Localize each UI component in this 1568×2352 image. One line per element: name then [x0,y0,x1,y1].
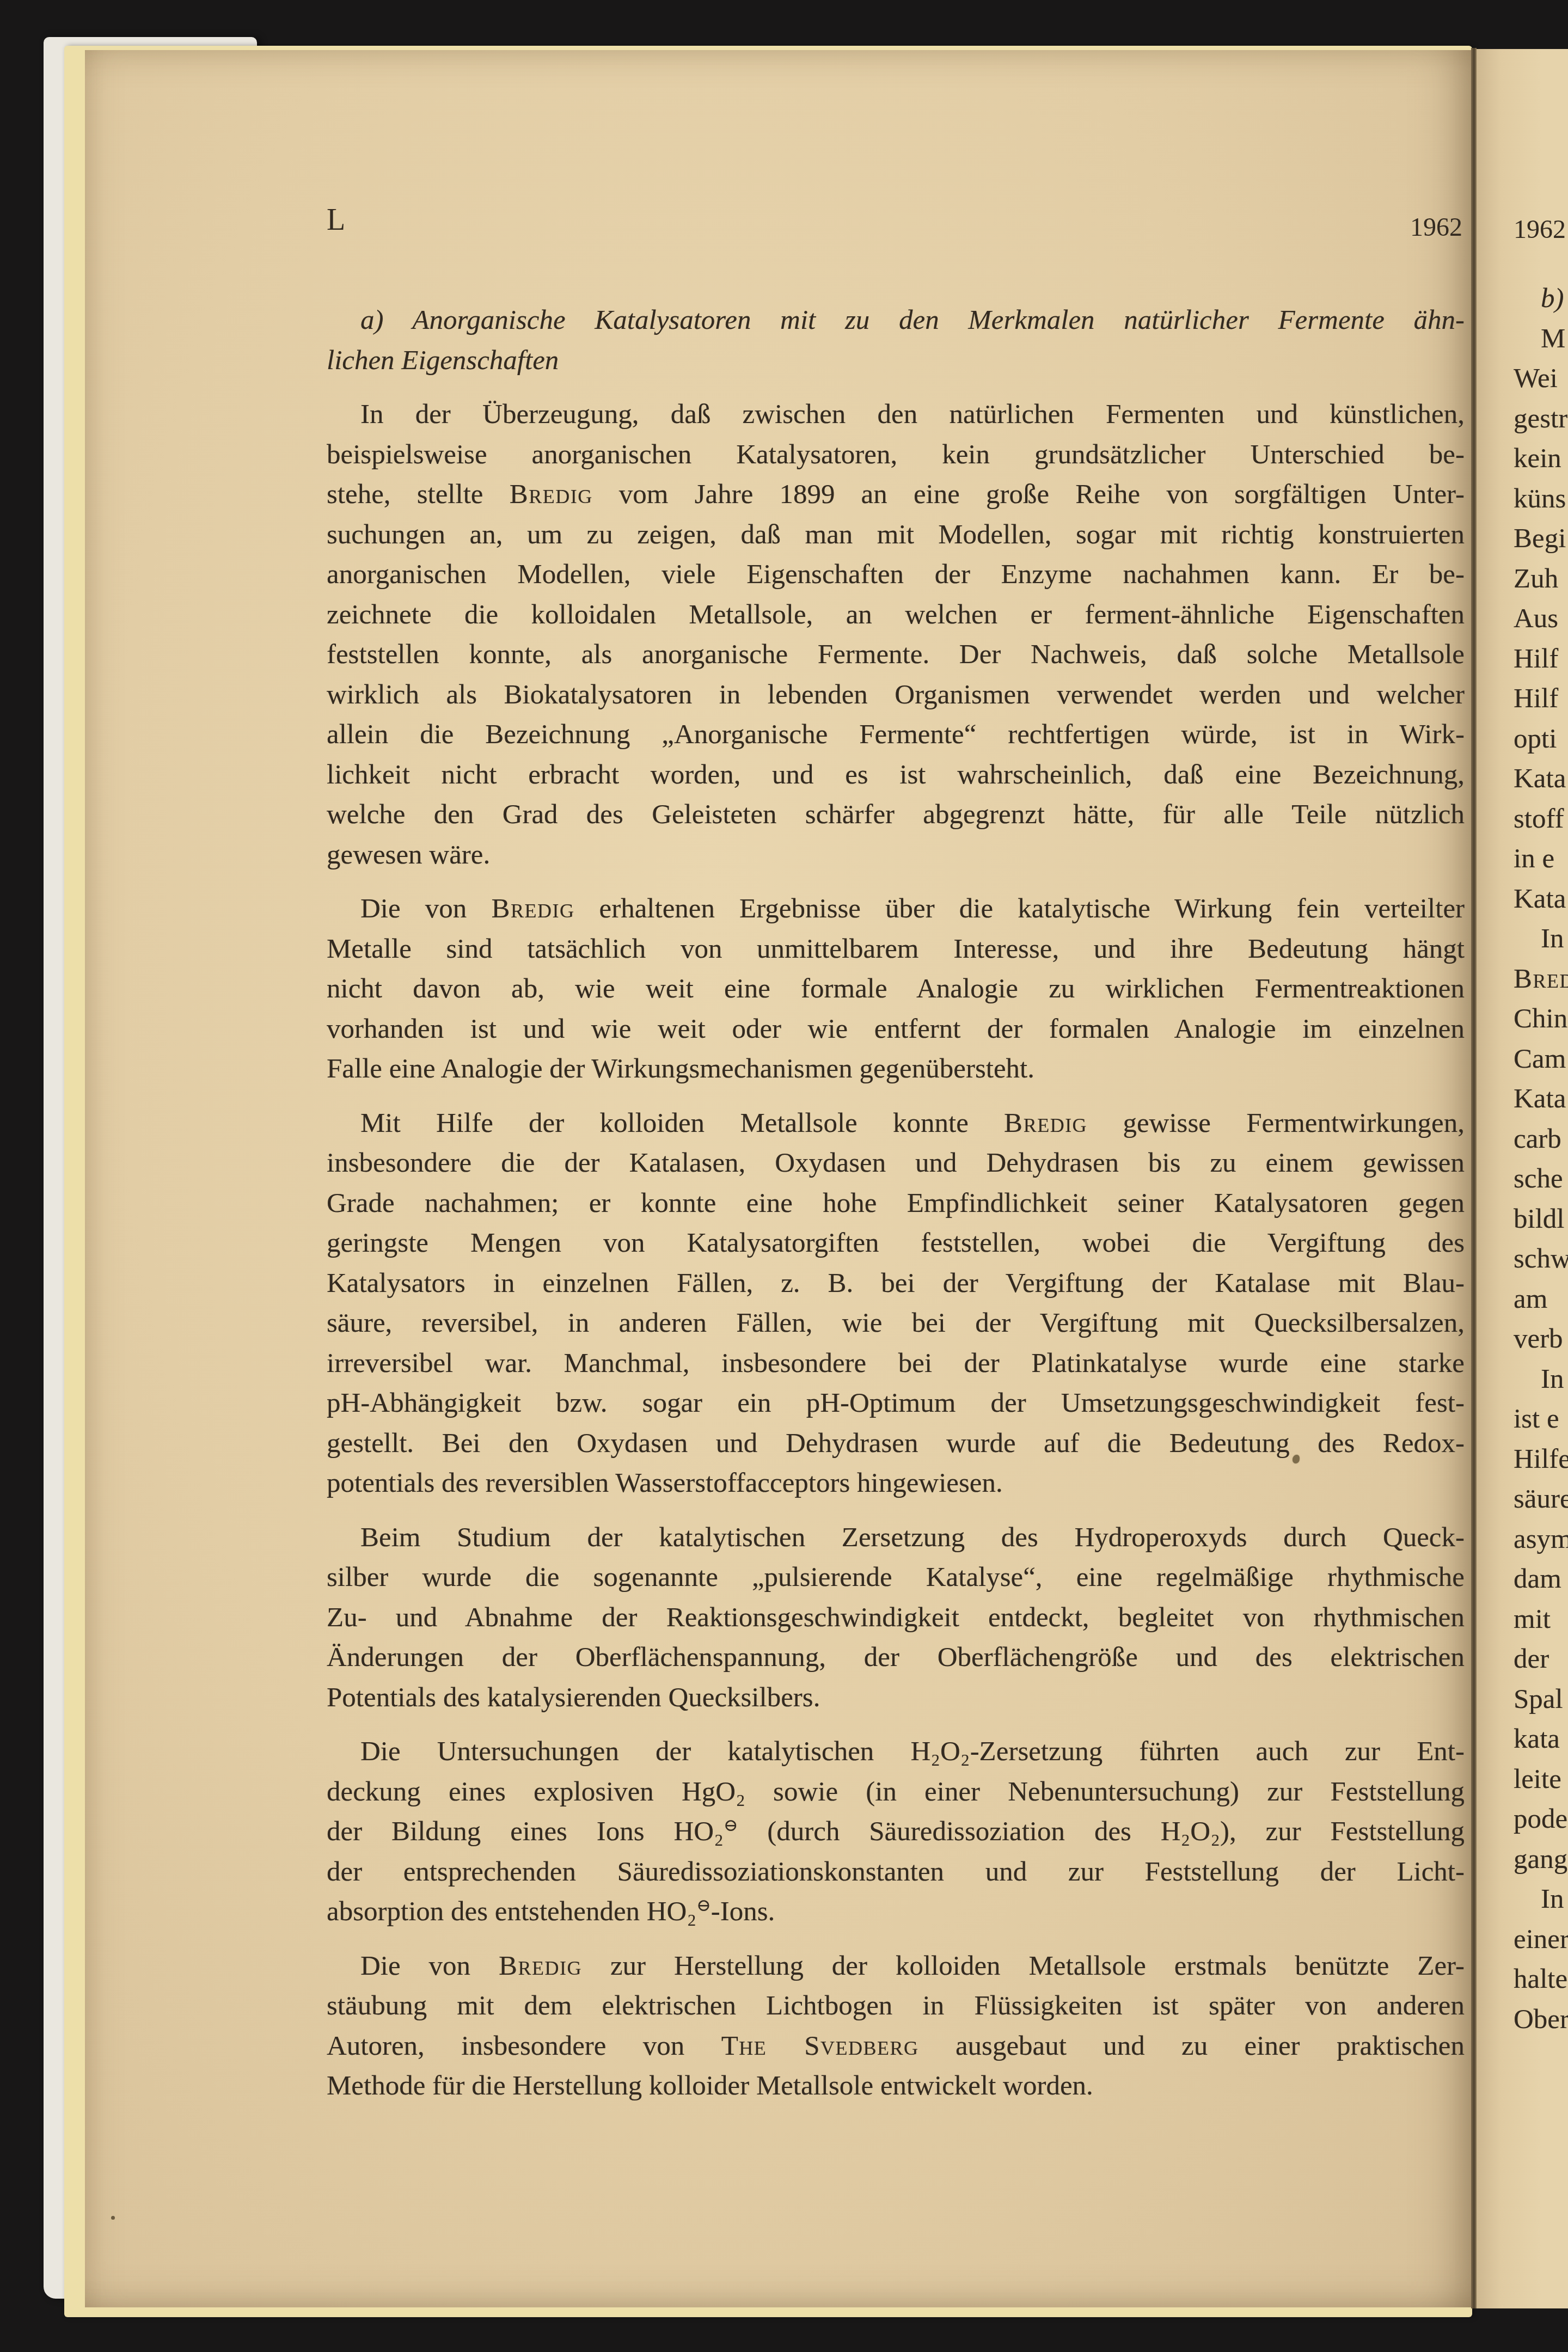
book-photo: { "colors": { "background": "#181717", "… [0,0,1568,2352]
text-line: Methode für die Herstellung kolloider Me… [327,2066,1465,2106]
right-page: 1962 b)MWeigestrkeinkünsBegiZuhAusHilfHi… [1477,49,1568,2308]
right-page-fragment: Wei [1514,359,1568,399]
right-page-text-fragments: b)MWeigestrkeinkünsBegiZuhAusHilfHilfopt… [1514,279,1568,2039]
section-heading-line: a) Anorganische Katalysatoren mit zu den… [327,301,1465,341]
text-line: Potentials des katalysierenden Quecksilb… [327,1678,1465,1718]
right-page-fragment: der [1514,1639,1568,1680]
section-heading: a) Anorganische Katalysatoren mit zu den… [327,301,1465,381]
text-line: nicht davon ab, wie weit eine formale An… [327,969,1465,1009]
right-page-fragment: Kata [1514,759,1568,799]
gutter-shadow [1471,48,1477,2308]
right-page-fragment: verb [1514,1319,1568,1359]
paragraph: Die von Bredig erhaltenen Ergebnisse übe… [327,889,1465,1089]
right-page-fragment: Hilf [1514,639,1568,679]
right-page-fragment: Bred [1514,959,1568,1000]
right-page-fragment: einer [1514,1920,1568,1960]
text-line: allein die Bezeichnung „Anorganische Fer… [327,715,1465,755]
right-page-fragment: dam [1514,1559,1568,1600]
text-line: potentials des reversiblen Wasserstoffac… [327,1463,1465,1504]
right-page-fragment: In [1514,919,1568,959]
paragraph: Mit Hilfe der kolloiden Metallsole konnt… [327,1104,1465,1504]
right-page-fragment: Chin [1514,999,1568,1039]
text-line: zeichnete die kolloidalen Metallsole, an… [327,595,1465,635]
text-line: der entsprechenden Säuredissoziationskon… [327,1852,1465,1892]
paragraph: Die Untersuchungen der katalytischen H₂O… [327,1732,1465,1932]
right-page-fragment: In [1514,1359,1568,1400]
text-line: wirklich als Biokatalysatoren in lebende… [327,675,1465,715]
text-line: Änderungen der Oberflächenspannung, der … [327,1638,1465,1678]
text-line: insbesondere die der Katalasen, Oxydasen… [327,1143,1465,1184]
text-line: stäubung mit dem elektrischen Lichtbogen… [327,1986,1465,2026]
text-line: Autoren, insbesondere von The Svedberg a… [327,2026,1465,2067]
text-line: Katalysators in einzelnen Fällen, z. B. … [327,1264,1465,1304]
text-column: a) Anorganische Katalysatoren mit zu den… [327,301,1465,2106]
right-page-fragment: asym [1514,1520,1568,1560]
right-page-fragment: Spal [1514,1680,1568,1720]
right-page-fragment: gang [1514,1840,1568,1880]
text-line: Zu- und Abnahme der Reaktionsgeschwindig… [327,1598,1465,1638]
text-line: Grade nachahmen; er konnte eine hohe Emp… [327,1184,1465,1224]
right-page-fragment: mit [1514,1600,1568,1640]
text-line: In der Überzeugung, daß zwischen den nat… [327,395,1465,435]
ink-speck [111,2216,115,2220]
paragraph: In der Überzeugung, daß zwischen den nat… [327,395,1465,875]
right-page-fragment: Hilf [1514,679,1568,719]
text-line: absorption des entstehenden HO₂⊖-Ions. [327,1892,1465,1932]
text-line: deckung eines explosiven HgO₂ sowie (in … [327,1772,1465,1812]
text-line: silber wurde die sogenannte „pulsierende… [327,1558,1465,1598]
text-line: irreversibel war. Manchmal, insbesondere… [327,1344,1465,1384]
text-line: vorhanden ist und wie weit oder wie entf… [327,1009,1465,1050]
running-head-year: 1962 [1410,213,1462,242]
text-line: Die Untersuchungen der katalytischen H₂O… [327,1732,1465,1772]
right-page-fragment: pode [1514,1799,1568,1840]
right-page-fragment: Zuh [1514,559,1568,599]
text-line: Mit Hilfe der kolloiden Metallsole konnt… [327,1104,1465,1144]
body-text: In der Überzeugung, daß zwischen den nat… [327,395,1465,2106]
right-page-fragment: Aus [1514,599,1568,639]
left-page: L 1962 a) Anorganische Katalysatoren mit… [85,50,1471,2307]
right-page-fragment: Ober [1514,2000,1568,2040]
text-line: stehe, stellte Bredig vom Jahre 1899 an … [327,475,1465,515]
text-line: beispielsweise anorganischen Katalysator… [327,435,1465,475]
text-line: gewesen wäre. [327,835,1465,875]
text-line: Die von Bredig zur Herstellung der kollo… [327,1946,1465,1987]
text-line: suchungen an, um zu zeigen, daß man mit … [327,515,1465,555]
right-page-fragment: b) [1514,279,1568,319]
text-line: welche den Grad des Geleisteten schärfer… [327,795,1465,835]
right-page-fragment: am [1514,1279,1568,1320]
text-line: pH-Abhängigkeit bzw. sogar ein pH-Optimu… [327,1383,1465,1424]
right-page-fragment: carb [1514,1119,1568,1160]
text-line: Die von Bredig erhaltenen Ergebnisse übe… [327,889,1465,929]
right-page-fragment: Kata [1514,1079,1568,1119]
paragraph: Die von Bredig zur Herstellung der kollo… [327,1946,1465,2106]
right-page-fragment: bildl [1514,1199,1568,1240]
text-line: der Bildung eines Ions HO₂⊖ (durch Säure… [327,1812,1465,1852]
running-head-letter: L [327,204,346,236]
right-page-fragment: opti [1514,719,1568,759]
right-page-fragment: sche [1514,1159,1568,1199]
right-page-fragment: gestr [1514,399,1568,439]
text-line: geringste Mengen von Katalysatorgiften f… [327,1223,1465,1264]
right-page-fragment: schw [1514,1239,1568,1279]
right-page-fragment: M [1514,319,1568,359]
right-page-fragment: ist e [1514,1399,1568,1440]
right-running-head-year: 1962 [1514,216,1566,244]
right-page-fragment: Kata [1514,879,1568,920]
section-heading-line: lichen Eigenschaften [327,341,1465,381]
text-line: feststellen konnte, als anorganische Fer… [327,635,1465,675]
right-page-fragment: Cam [1514,1039,1568,1080]
text-line: säure, reversibel, in anderen Fällen, wi… [327,1303,1465,1344]
right-page-fragment: in e [1514,839,1568,879]
text-line: anorganischen Modellen, viele Eigenschaf… [327,555,1465,595]
right-page-fragment: In [1514,1879,1568,1920]
right-page-fragment: Begi [1514,519,1568,559]
right-page-fragment: stoff [1514,799,1568,840]
right-page-fragment: kein [1514,439,1568,479]
right-page-fragment: kata [1514,1719,1568,1760]
paragraph: Beim Studium der katalytischen Zersetzun… [327,1518,1465,1718]
text-line: Beim Studium der katalytischen Zersetzun… [327,1518,1465,1558]
right-page-fragment: säure [1514,1479,1568,1520]
right-page-fragment: küns [1514,479,1568,519]
right-page-fragment: leite [1514,1760,1568,1800]
right-page-fragment: Hilfe [1514,1440,1568,1480]
right-page-fragment: halte [1514,1959,1568,2000]
text-line: lichkeit nicht erbracht worden, und es i… [327,755,1465,795]
text-line: Metalle sind tatsächlich von unmittelbar… [327,929,1465,970]
text-line: Falle eine Analogie der Wirkungsmechanis… [327,1049,1465,1089]
